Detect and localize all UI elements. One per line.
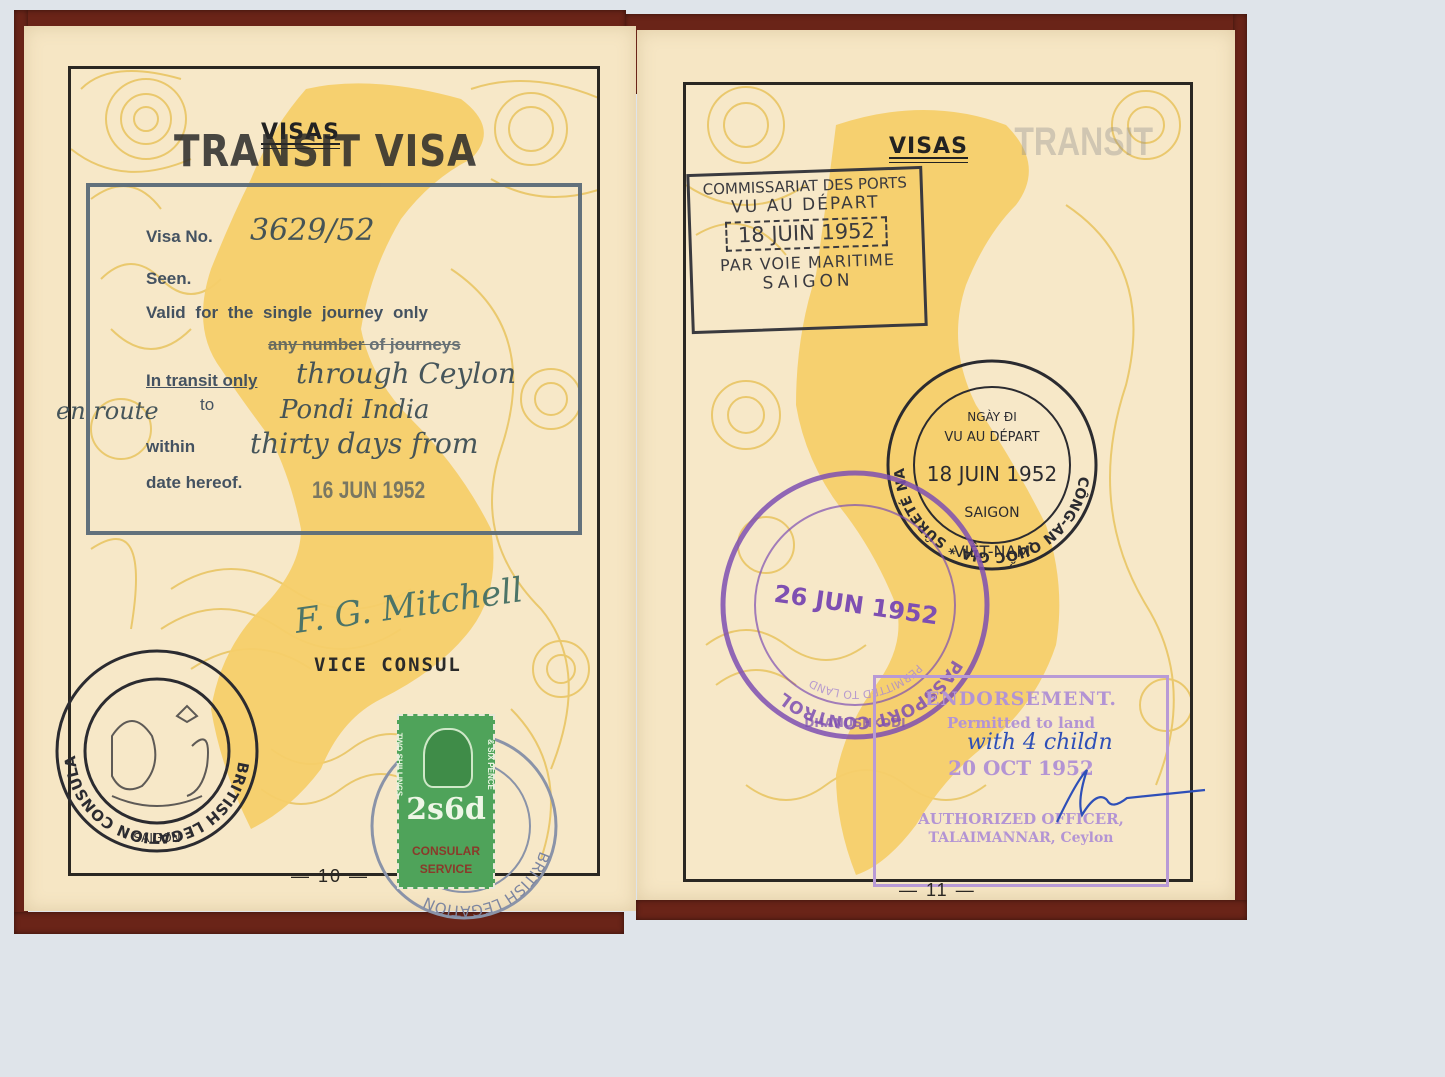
vice-consul-stamp: VICE CONSUL xyxy=(314,654,462,676)
page-number-right: — 11 — xyxy=(899,880,976,901)
faded-header-stamp: TRANSIT xyxy=(1014,120,1153,165)
left-page: VISAS TRANSIT VISA Visa No. 3629/52 Seen… xyxy=(24,26,636,911)
revenue-right-text: & SIX PENCE xyxy=(486,739,495,790)
revenue-stamp: TWO SHILLINGS & SIX PENCE 2s6d CONSULAR … xyxy=(397,714,495,889)
commissariat-stamp: COMMISSARIAT DES PORTS VU AU DÉPART 18 J… xyxy=(686,166,927,334)
page-number-left: — 10 — xyxy=(291,866,369,887)
revenue-overprint-1: CONSULAR xyxy=(399,844,493,858)
right-page: VISAS TRANSIT COMMISSARIAT DES PORTS VU … xyxy=(637,30,1235,900)
endorsement-title: ENDORSEMENT. xyxy=(876,688,1166,710)
date-label: date hereof. xyxy=(146,473,242,493)
visas-header-right: VISAS xyxy=(889,134,968,159)
destination-hand: Pondi India xyxy=(280,395,430,425)
commissariat-date: 18 JUIN 1952 xyxy=(725,217,888,252)
endorsement-place: TALAIMANNAR, Ceylon xyxy=(876,830,1166,846)
book-cover-right-side xyxy=(1233,14,1247,914)
within-label: within xyxy=(146,437,195,457)
transit-visa-stamp: TRANSIT VISA xyxy=(174,126,477,177)
revenue-overprint-2: SERVICE xyxy=(399,862,493,876)
struck-line: any number of journeys xyxy=(268,335,461,355)
svg-text:VU AU DÉPART: VU AU DÉPART xyxy=(944,429,1039,445)
within-hand: thirty days from xyxy=(250,427,478,460)
visa-no-label: Visa No. xyxy=(146,227,213,247)
to-label: to xyxy=(200,395,214,415)
revenue-left-text: TWO SHILLINGS xyxy=(394,733,403,797)
revenue-value: 2s6d xyxy=(399,792,493,827)
king-portrait xyxy=(423,728,473,788)
book-cover-right-bottom xyxy=(636,900,1247,920)
svg-text:SAIGON: SAIGON xyxy=(133,831,180,845)
visa-no-value: 3629/52 xyxy=(250,213,375,248)
seen-label: Seen. xyxy=(146,269,191,289)
officer-signature xyxy=(1037,760,1207,830)
enroute-hand: en route xyxy=(56,397,159,425)
endorsement-handwriting: with 4 childn xyxy=(967,730,1113,755)
transit-label: In transit only xyxy=(146,371,257,391)
visa-box-stamp: Visa No. 3629/52 Seen. Valid for the sin… xyxy=(86,183,582,535)
date-stamp: 16 JUN 1952 xyxy=(312,477,425,505)
transit-hand: through Ceylon xyxy=(296,357,516,390)
svg-text:26 JUN 1952: 26 JUN 1952 xyxy=(772,580,940,631)
british-legation-seal: BRITISH LEGATION CONSULAR SECTION SAIGON xyxy=(52,646,262,856)
svg-text:NGÀY ĐI: NGÀY ĐI xyxy=(967,409,1017,424)
valid-line: Valid for the single journey only xyxy=(146,303,428,323)
